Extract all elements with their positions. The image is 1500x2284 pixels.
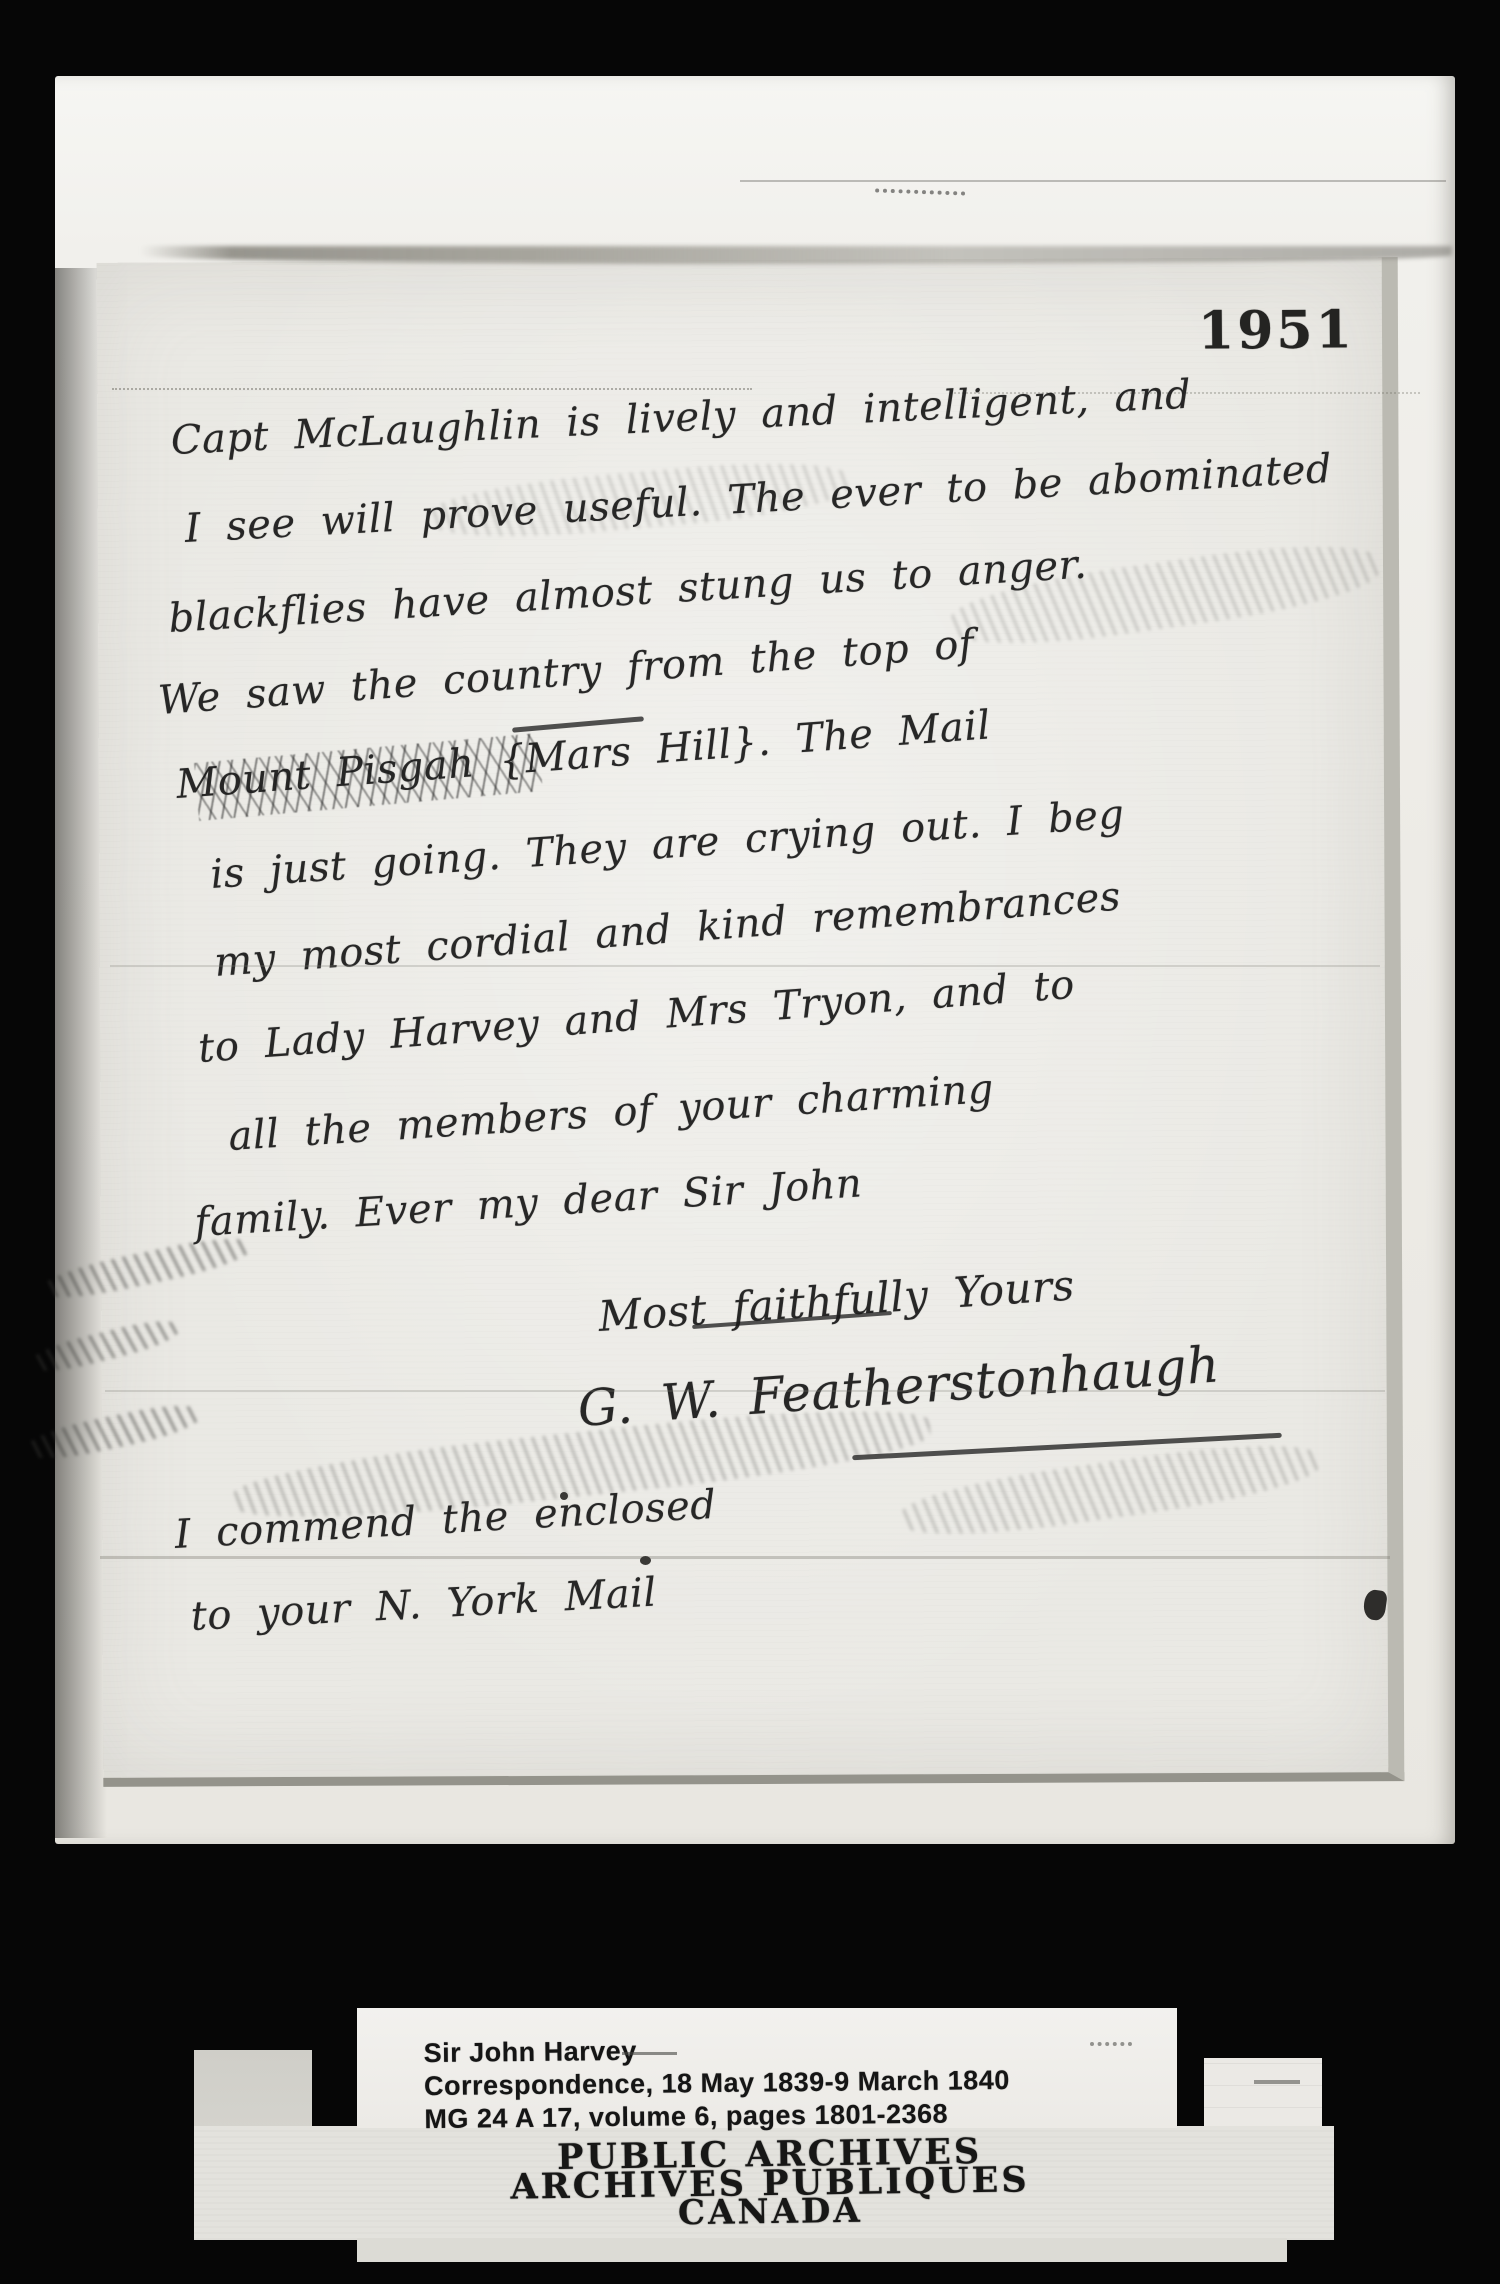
paper-crease [105,1390,1385,1392]
fonds-reference: MG 24 A 17, volume 6, pages 1801-2368 [424,2097,1010,2136]
public-archives-stamp: PUBLIC ARCHIVES ARCHIVES PUBLIQUES CANAD… [329,2134,1210,2233]
microfilm-scan: 1951 Capt McLaughlin is lively and intel… [0,0,1500,2284]
page-top-edge-smudge [140,246,1452,264]
paper-crease-top [740,180,1446,182]
paper-crease [110,965,1380,967]
ink-speck [560,1492,568,1500]
label-backing-sliver [357,2238,1287,2262]
label-dot-marks [1090,2042,1132,2046]
label-pencil-mark [1254,2080,1300,2084]
ink-speck [640,1556,651,1565]
folio-number-stamp: 1951 [1198,299,1355,361]
fonds-label-text: Sir John Harvey Correspondence, 18 May 1… [423,2031,1010,2136]
ghost-rule-line [112,388,752,390]
label-dash-mark [622,2052,677,2055]
paper-crease [100,1556,1390,1559]
